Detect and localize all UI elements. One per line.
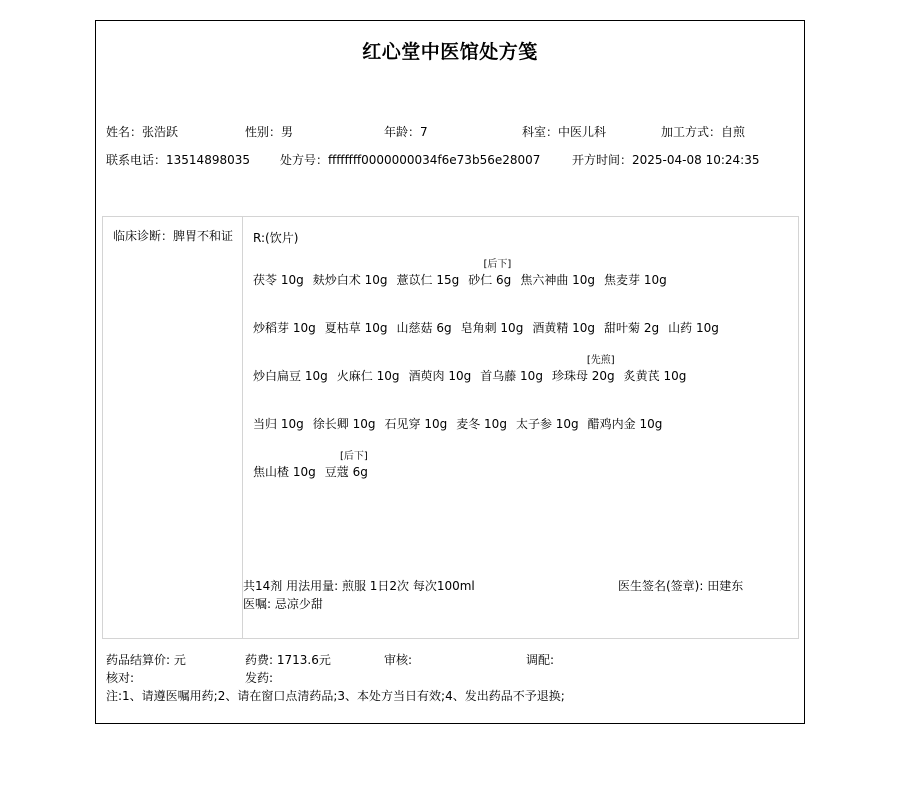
herb-item: [后下]豆蔻 6g bbox=[325, 447, 368, 480]
herb-item: 太子参 10g bbox=[516, 399, 579, 432]
patient-name: 姓名：张浩跃 bbox=[106, 123, 178, 140]
herb-dose: 6g bbox=[496, 273, 511, 287]
herb-dose: 10g bbox=[365, 321, 388, 335]
herb-item: 炒稻芽 10g bbox=[253, 303, 316, 336]
herb-name: 豆蔻 bbox=[325, 465, 349, 479]
herb-name: 首乌藤 bbox=[480, 369, 516, 383]
rx-type-label: R:(饮片) bbox=[253, 229, 298, 246]
herb-note: [后下] bbox=[340, 447, 368, 462]
herb-dose: 10g bbox=[353, 417, 376, 431]
herb-item: 火麻仁 10g bbox=[337, 351, 400, 384]
patient-age-label: 年龄： bbox=[384, 125, 420, 139]
herb-name: 薏苡仁 bbox=[396, 273, 432, 287]
rx-time-label: 开方时间： bbox=[572, 153, 632, 167]
herb-name: 麦冬 bbox=[456, 417, 480, 431]
herb-dose: 10g bbox=[500, 321, 523, 335]
herb-dose: 10g bbox=[520, 369, 543, 383]
department: 科室：中医儿科 bbox=[522, 123, 606, 140]
herb-dose: 10g bbox=[640, 417, 663, 431]
herb-dose: 6g bbox=[436, 321, 451, 335]
processing-method-label: 加工方式： bbox=[661, 125, 721, 139]
patient-gender-label: 性别： bbox=[245, 125, 281, 139]
herb-note: [先煎] bbox=[587, 351, 615, 366]
diagnosis-cell: 临床诊断：脾胃不和证 bbox=[103, 217, 243, 638]
herb-row: 炒白扁豆 10g火麻仁 10g酒萸肉 10g首乌藤 10g[先煎]珍珠母 20g… bbox=[253, 351, 695, 391]
check-field: 核对: bbox=[106, 669, 134, 686]
herb-dose: 15g bbox=[436, 273, 459, 287]
herb-name: 当归 bbox=[253, 417, 277, 431]
herb-item: 首乌藤 10g bbox=[480, 351, 543, 384]
rx-number-value: ffffffff0000000034f6e73b56e28007 bbox=[328, 153, 540, 167]
phone-value: 13514898035 bbox=[166, 153, 250, 167]
phone: 联系电话：13514898035 bbox=[106, 151, 250, 168]
herb-item: 山药 10g bbox=[668, 303, 719, 336]
doctor-advice: 医嘱: 忌凉少甜 bbox=[243, 595, 475, 613]
rx-time: 开方时间：2025-04-08 10:24:35 bbox=[572, 151, 759, 168]
processing-method: 加工方式：自煎 bbox=[661, 123, 745, 140]
herb-item: 焦山楂 10g bbox=[253, 447, 316, 480]
herb-dose: 10g bbox=[644, 273, 667, 287]
herb-dose: 2g bbox=[644, 321, 659, 335]
herb-name: 麸炒白术 bbox=[313, 273, 361, 287]
herb-item: 夏枯草 10g bbox=[325, 303, 388, 336]
herb-dose: 20g bbox=[592, 369, 615, 383]
phone-label: 联系电话： bbox=[106, 153, 166, 167]
prescription-sheet: 红心堂中医馆处方笺 姓名：张浩跃 性别：男 年龄：7 科室：中医儿科 加工方式：… bbox=[95, 20, 805, 724]
herb-item: 酒黄精 10g bbox=[532, 303, 595, 336]
herb-name: 焦六神曲 bbox=[520, 273, 568, 287]
herb-row: 茯苓 10g麸炒白术 10g薏苡仁 15g[后下]砂仁 6g焦六神曲 10g焦麦… bbox=[253, 255, 676, 295]
herb-item: 甜叶菊 2g bbox=[604, 303, 659, 336]
rx-number: 处方号：ffffffff0000000034f6e73b56e28007 bbox=[280, 151, 540, 168]
diagnosis: 临床诊断：脾胃不和证 bbox=[113, 227, 238, 245]
herb-item: 皂角刺 10g bbox=[461, 303, 524, 336]
herb-name: 太子参 bbox=[516, 417, 552, 431]
herb-item: 石见穿 10g bbox=[384, 399, 447, 432]
herb-name: 徐长卿 bbox=[313, 417, 349, 431]
herb-dose: 10g bbox=[696, 321, 719, 335]
department-value: 中医儿科 bbox=[558, 125, 606, 139]
rx-number-label: 处方号： bbox=[280, 153, 328, 167]
herb-note: [后下] bbox=[484, 255, 512, 270]
herb-name: 甜叶菊 bbox=[604, 321, 640, 335]
herb-name: 焦山楂 bbox=[253, 465, 289, 479]
herb-name: 山慈菇 bbox=[396, 321, 432, 335]
patient-name-value: 张浩跃 bbox=[142, 125, 178, 139]
patient-age-value: 7 bbox=[420, 125, 428, 139]
review-field: 审核: bbox=[384, 651, 412, 668]
patient-age: 年龄：7 bbox=[384, 123, 428, 140]
herb-item: 麸炒白术 10g bbox=[313, 255, 388, 288]
footer-notes: 注:1、请遵医嘱用药;2、请在窗口点清药品;3、本处方当日有效;4、发出药品不予… bbox=[106, 687, 565, 704]
herb-item: 徐长卿 10g bbox=[313, 399, 376, 432]
usage-instructions: 共14剂 用法用量: 煎服 1日2次 每次100ml bbox=[243, 577, 475, 595]
herb-name: 炙黄芪 bbox=[624, 369, 660, 383]
herb-dose: 6g bbox=[353, 465, 368, 479]
herb-item: 炒白扁豆 10g bbox=[253, 351, 328, 384]
doctor-signature: 医生签名(签章): 田建东 bbox=[618, 577, 743, 594]
prescription-table: 临床诊断：脾胃不和证 R:(饮片) 茯苓 10g麸炒白术 10g薏苡仁 15g[… bbox=[102, 216, 799, 639]
herb-dose: 10g bbox=[293, 321, 316, 335]
herb-row: 炒稻芽 10g夏枯草 10g山慈菇 6g皂角刺 10g酒黄精 10g甜叶菊 2g… bbox=[253, 303, 728, 343]
herb-dose: 10g bbox=[556, 417, 579, 431]
herb-item: 酒萸肉 10g bbox=[408, 351, 471, 384]
herb-item: 茯苓 10g bbox=[253, 255, 304, 288]
herb-row: 焦山楂 10g[后下]豆蔻 6g bbox=[253, 447, 377, 487]
herb-dose: 10g bbox=[448, 369, 471, 383]
herb-item: [后下]砂仁 6g bbox=[468, 255, 511, 288]
herb-dose: 10g bbox=[281, 273, 304, 287]
department-label: 科室： bbox=[522, 125, 558, 139]
herb-name: 酒黄精 bbox=[532, 321, 568, 335]
herb-item: 焦六神曲 10g bbox=[520, 255, 595, 288]
herb-item: 薏苡仁 15g bbox=[396, 255, 459, 288]
diagnosis-label: 临床诊断： bbox=[113, 229, 173, 243]
herb-item: 焦麦芽 10g bbox=[604, 255, 667, 288]
issue-field: 发药: bbox=[245, 669, 273, 686]
patient-gender: 性别：男 bbox=[245, 123, 293, 140]
herb-dose: 10g bbox=[424, 417, 447, 431]
herb-name: 炒稻芽 bbox=[253, 321, 289, 335]
herb-dose: 10g bbox=[664, 369, 687, 383]
usage-block: 共14剂 用法用量: 煎服 1日2次 每次100ml 医嘱: 忌凉少甜 bbox=[243, 577, 475, 613]
herb-dose: 10g bbox=[377, 369, 400, 383]
herb-name: 焦麦芽 bbox=[604, 273, 640, 287]
processing-method-value: 自煎 bbox=[721, 125, 745, 139]
dispense-prep-field: 调配: bbox=[526, 651, 554, 668]
herb-dose: 10g bbox=[365, 273, 388, 287]
herb-item: 醋鸡内金 10g bbox=[588, 399, 663, 432]
herb-name: 茯苓 bbox=[253, 273, 277, 287]
settle-price: 药品结算价: 元 bbox=[106, 651, 186, 668]
herb-name: 火麻仁 bbox=[337, 369, 373, 383]
patient-gender-value: 男 bbox=[281, 125, 293, 139]
patient-name-label: 姓名： bbox=[106, 125, 142, 139]
herb-dose: 10g bbox=[293, 465, 316, 479]
herb-name: 夏枯草 bbox=[325, 321, 361, 335]
herb-dose: 10g bbox=[305, 369, 328, 383]
herb-item: [先煎]珍珠母 20g bbox=[552, 351, 615, 384]
herb-dose: 10g bbox=[281, 417, 304, 431]
herb-name: 皂角刺 bbox=[461, 321, 497, 335]
doctor-signature-label: 医生签名(签章): bbox=[618, 579, 707, 593]
herb-name: 醋鸡内金 bbox=[588, 417, 636, 431]
herb-dose: 10g bbox=[572, 273, 595, 287]
herb-dose: 10g bbox=[484, 417, 507, 431]
page-title: 红心堂中医馆处方笺 bbox=[96, 37, 804, 64]
herb-name: 砂仁 bbox=[468, 273, 492, 287]
herb-item: 麦冬 10g bbox=[456, 399, 507, 432]
herb-dose: 10g bbox=[572, 321, 595, 335]
diagnosis-value: 脾胃不和证 bbox=[173, 229, 233, 243]
herb-name: 山药 bbox=[668, 321, 692, 335]
drug-fee: 药费: 1713.6元 bbox=[245, 651, 331, 668]
herb-item: 山慈菇 6g bbox=[396, 303, 451, 336]
herb-name: 石见穿 bbox=[384, 417, 420, 431]
herb-name: 酒萸肉 bbox=[408, 369, 444, 383]
rx-time-value: 2025-04-08 10:24:35 bbox=[632, 153, 759, 167]
doctor-name: 田建东 bbox=[707, 579, 743, 593]
herb-row: 当归 10g徐长卿 10g石见穿 10g麦冬 10g太子参 10g醋鸡内金 10… bbox=[253, 399, 671, 439]
herb-name: 炒白扁豆 bbox=[253, 369, 301, 383]
herb-item: 当归 10g bbox=[253, 399, 304, 432]
herb-name: 珍珠母 bbox=[552, 369, 588, 383]
herb-item: 炙黄芪 10g bbox=[624, 351, 687, 384]
